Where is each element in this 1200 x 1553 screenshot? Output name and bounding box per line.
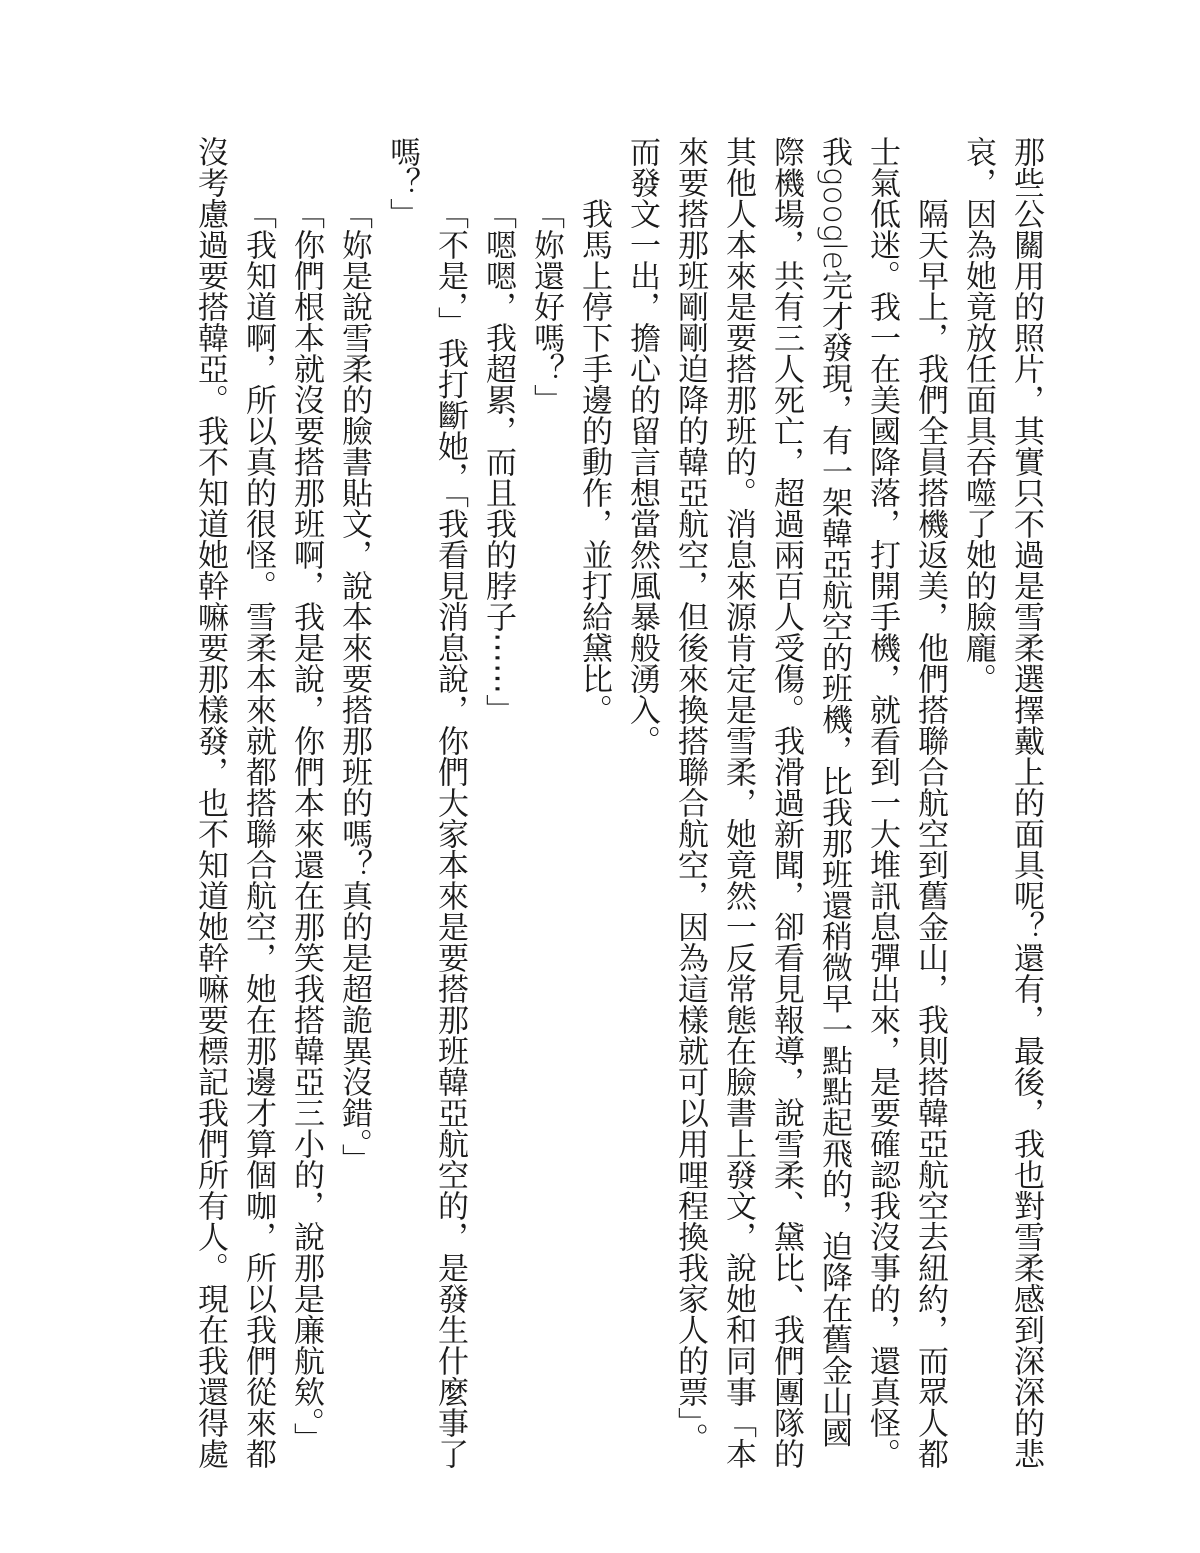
text-block: 那些公關用的照片，其實只不過是雪柔選擇戴上的面具呢？還有，最後，我也對雪柔感到深… (186, 136, 1050, 1472)
paragraph: 「妳是說雪柔的臉書貼文，說本來要搭那班的嗎？真的是超詭異沒錯。」 (330, 136, 378, 1472)
paragraph: 我馬上停下手邊的動作，並打給黛比。 (570, 136, 618, 1472)
paragraph: 「嗯嗯，我超累，而且我的脖子⋯⋯」 (474, 136, 522, 1472)
paragraph: 「不是，」我打斷她，「我看見消息說，你們大家本來是要搭那班韓亞航空的，是發生什麼… (378, 136, 474, 1472)
paragraph: 那些公關用的照片，其實只不過是雪柔選擇戴上的面具呢？還有，最後，我也對雪柔感到深… (954, 136, 1050, 1472)
paragraph: 「你們根本就沒要搭那班啊，我是說，你們本來還在那笑我搭韓亞三小的，說那是廉航欸。… (282, 136, 330, 1472)
paragraph: 「妳還好嗎？」 (522, 136, 570, 1472)
book-page: 那些公關用的照片，其實只不過是雪柔選擇戴上的面具呢？還有，最後，我也對雪柔感到深… (0, 0, 1200, 1553)
paragraph: 隔天早上，我們全員搭機返美，他們搭聯合航空到舊金山，我則搭韓亞航空去紐約，而眾人… (618, 136, 954, 1472)
paragraph: 「我知道啊，所以真的很怪。雪柔本來就都搭聯合航空，她在那邊才算個咖，所以我們從來… (186, 136, 282, 1472)
